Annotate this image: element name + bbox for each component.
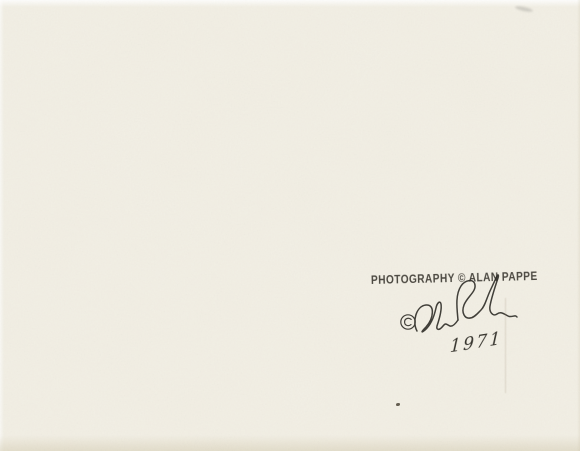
paper-edge-bottom bbox=[0, 435, 580, 451]
paper-edge-left bbox=[0, 0, 4, 451]
photo-print-back: PHOTOGRAPHY © ALAN PAPPE 1971 bbox=[0, 0, 580, 451]
paper-edge-top bbox=[0, 0, 580, 7]
paper-surface bbox=[0, 0, 580, 451]
paper-crease bbox=[505, 298, 506, 393]
